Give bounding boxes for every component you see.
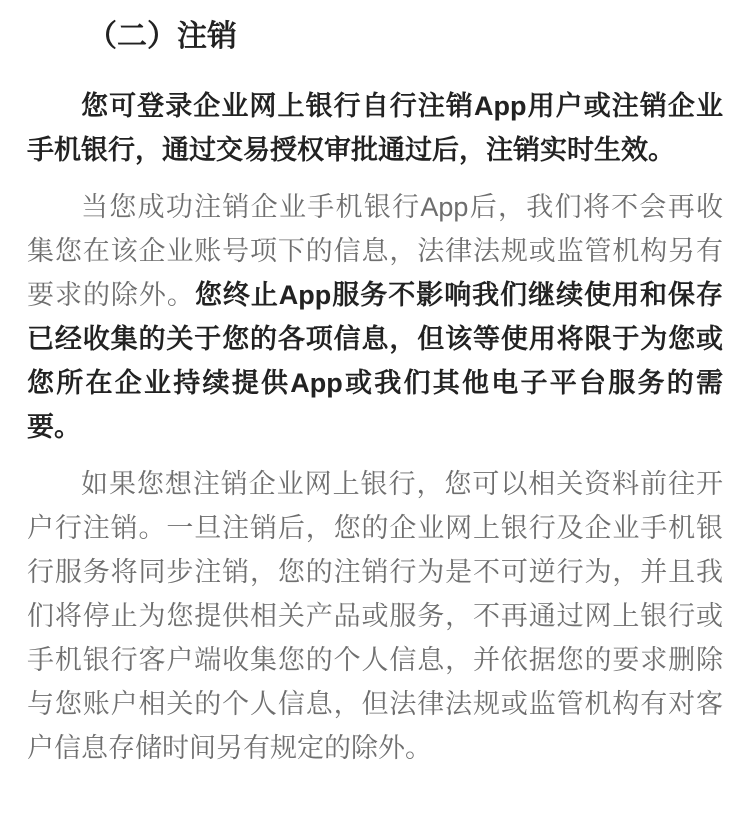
paragraph-branch-cancellation: 如果您想注销企业网上银行，您可以相关资料前往开户行注销。一旦注销后，您的企业网上… [27, 462, 723, 770]
section-heading: （二）注销 [27, 16, 723, 58]
paragraph-data-after-cancellation: 当您成功注销企业手机银行App后，我们将不会再收集您在该企业账号项下的信息，法律… [27, 185, 723, 449]
paragraph-text: 如果您想注销企业网上银行，您可以相关资料前往开户行注销。一旦注销后，您的企业网上… [27, 469, 723, 763]
policy-document-page: （二）注销 您可登录企业网上银行自行注销App用户或注销企业手机银行，通过交易授… [0, 0, 750, 813]
paragraph-text-emphasis: 您可登录企业网上银行自行注销App用户或注销企业手机银行，通过交易授权审批通过后… [27, 91, 723, 165]
paragraph-cancellation-selfservice: 您可登录企业网上银行自行注销App用户或注销企业手机银行，通过交易授权审批通过后… [27, 84, 723, 172]
